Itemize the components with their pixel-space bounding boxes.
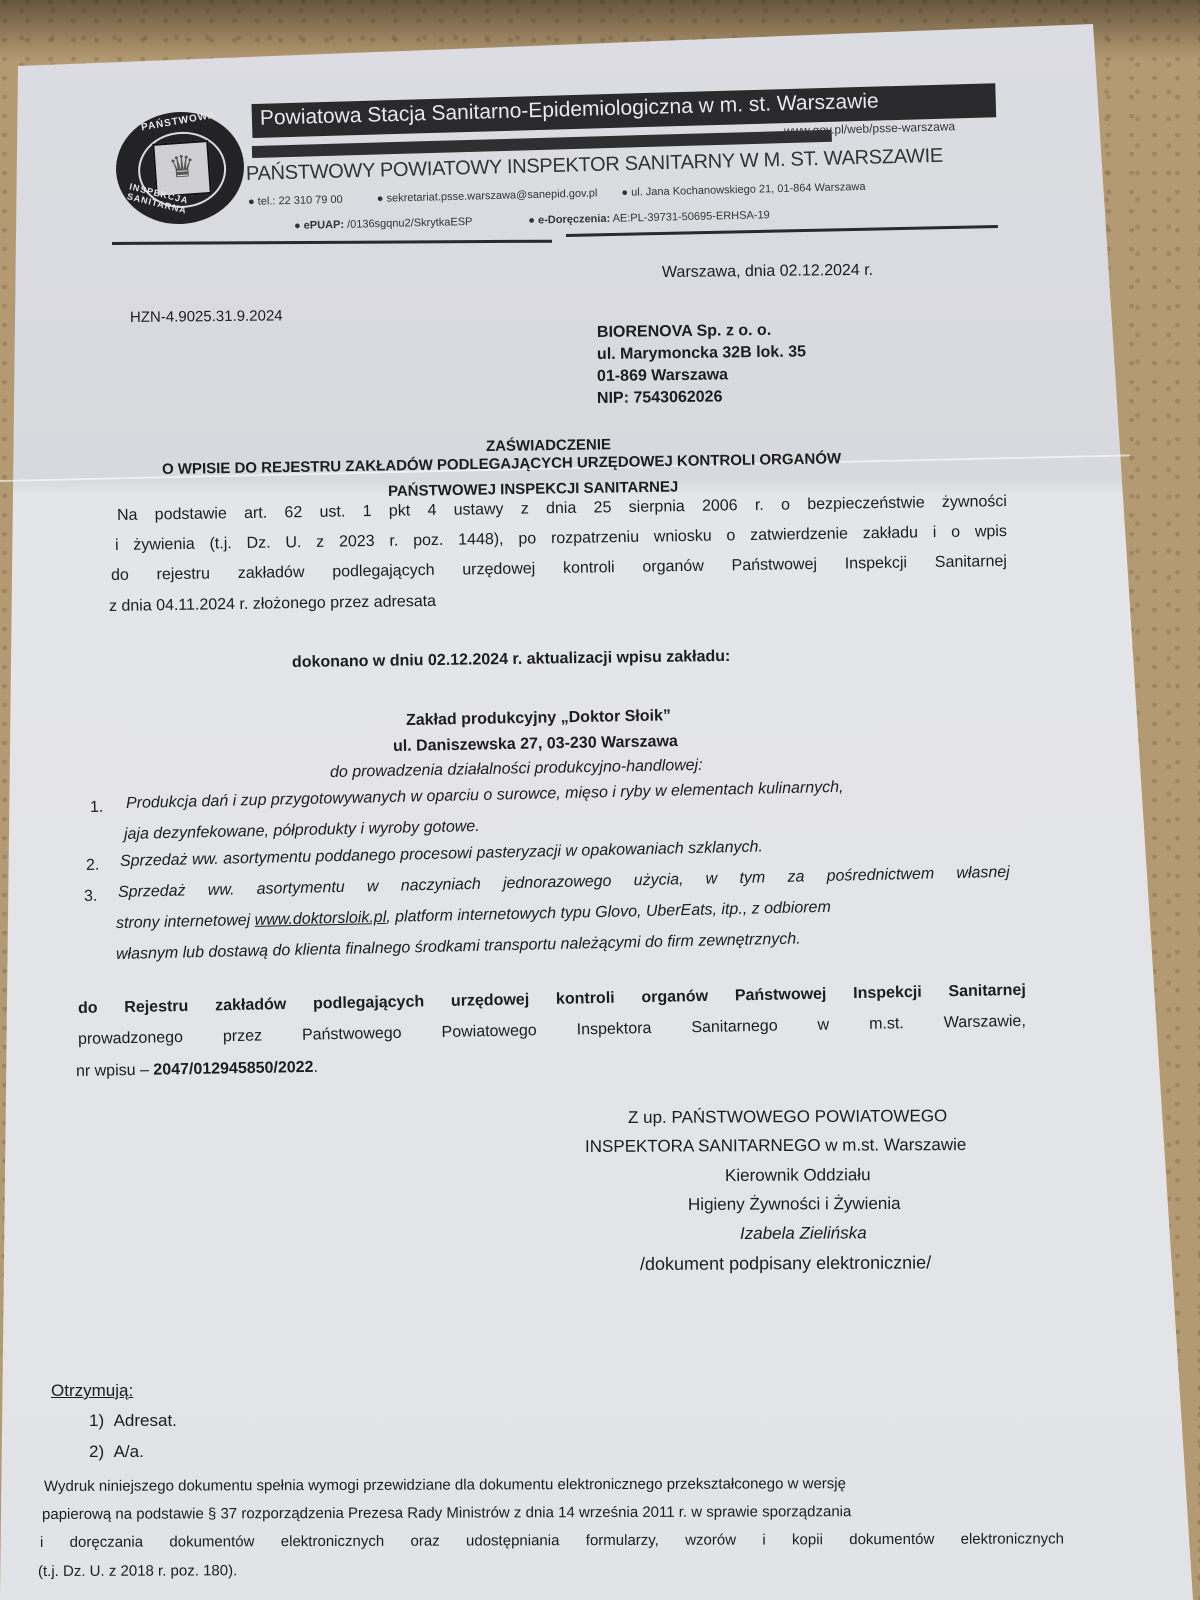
- list-item: 1) Adresat.: [89, 1411, 177, 1431]
- registry-number: 2047/012945850/2022: [153, 1059, 313, 1079]
- office-address: ul. Jana Kochanowskiego 21, 01-864 Warsz…: [631, 181, 866, 199]
- phone-number: 22 310 79 00: [278, 194, 343, 208]
- recipients-heading: Otrzymują:: [51, 1381, 133, 1401]
- contact-line-1: ● tel.: 22 310 79 00 ● sekretariat.psse.…: [248, 181, 866, 208]
- email-link[interactable]: sekretariat.psse.warszawa@sanepid.gov.pl: [386, 187, 597, 204]
- sanitary-inspection-logo-icon: PAŃSTWOWA ♛ INSPEKCJA SANITARNA: [112, 108, 248, 229]
- document: PAŃSTWOWA ♛ INSPEKCJA SANITARNA Powiatow…: [0, 0, 1200, 1600]
- facility-purpose: do prowadzenia działalności produkcyjno-…: [330, 757, 703, 782]
- reference-number: HZN-4.9025.31.9.2024: [130, 307, 283, 326]
- list-item: 2) A/a.: [89, 1442, 144, 1462]
- update-statement: dokonano w dniu 02.12.2024 r. aktualizac…: [292, 648, 731, 672]
- epuap-address: /0136sgqnu2/SkrytkaESP: [347, 216, 472, 231]
- e-signature-note: /dokument podpisany elektronicznie/: [640, 1252, 931, 1275]
- header-rule-right: [566, 225, 998, 237]
- header-rule-left: [112, 240, 552, 245]
- website-link[interactable]: www.doktorsloik.pl: [255, 909, 387, 929]
- facility-name: Zakład produkcyjny „Doktor Słoik”: [406, 707, 671, 730]
- place-and-date: Warszawa, dnia 02.12.2024 r.: [662, 262, 873, 282]
- contact-line-2: ● ePUAP: /0136sgqnu2/SkrytkaESP ● e-Dorę…: [294, 209, 770, 232]
- edoreczenia-address: AE:PL-39731-50695-ERHSA-19: [612, 209, 769, 225]
- signatory-name: Izabela Zielińska: [740, 1223, 867, 1244]
- facility-address: ul. Daniszewska 27, 03-230 Warszawa: [393, 733, 678, 756]
- logo-top-text: PAŃSTWOWA: [140, 110, 216, 134]
